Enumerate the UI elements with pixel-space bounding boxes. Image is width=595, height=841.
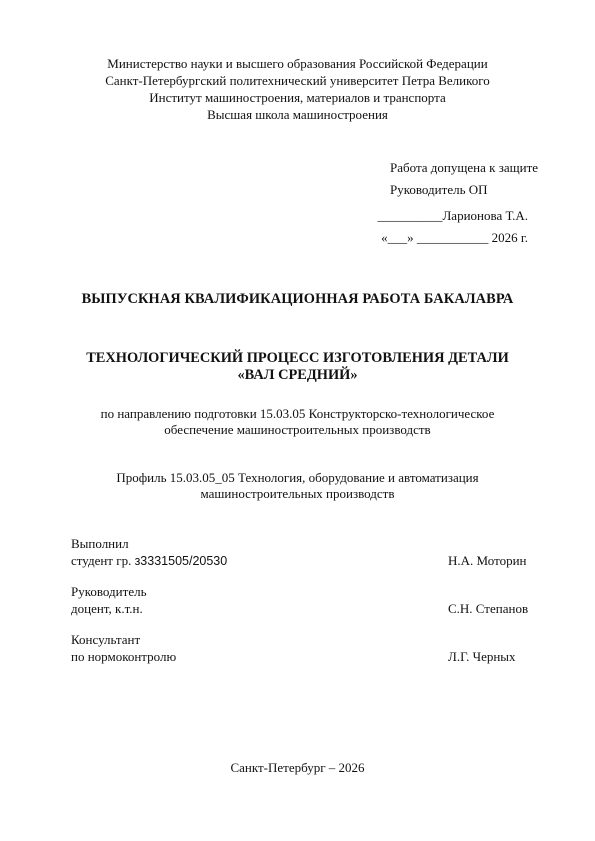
institute-line: Институт машиностроения, материалов и тр… [0, 89, 595, 106]
approval-admitted-label: Работа допущена к защите [390, 157, 570, 179]
work-type-heading: ВЫПУСКНАЯ КВАЛИФИКАЦИОННАЯ РАБОТА БАКАЛА… [0, 291, 595, 308]
signatory-name: С.Н. Степанов [448, 600, 528, 617]
organization-header: Министерство науки и высшего образования… [0, 55, 595, 123]
signatory-supervisor: Руководитель доцент, к.т.н. С.Н. Степано… [71, 583, 561, 617]
signatory-name: Л.Г. Черных [448, 648, 516, 665]
signatory-name: Н.А. Моторин [448, 552, 527, 569]
title-page: Министерство науки и высшего образования… [0, 0, 595, 841]
study-profile: Профиль 15.03.05_05 Технология, оборудов… [0, 470, 595, 501]
university-line: Санкт-Петербургский политехнический унив… [0, 72, 595, 89]
study-direction-line-1: по направлению подготовки 15.03.05 Конст… [0, 406, 595, 422]
thesis-title: ТЕХНОЛОГИЧЕСКИЙ ПРОЦЕСС ИЗГОТОВЛЕНИЯ ДЕТ… [0, 350, 595, 384]
group-number: з3331505/20530 [135, 554, 228, 568]
signatory-role: Консультант [71, 631, 561, 648]
ministry-line: Министерство науки и высшего образования… [0, 55, 595, 72]
study-direction-line-2: обеспечение машиностроительных производс… [0, 422, 595, 438]
thesis-title-line-1: ТЕХНОЛОГИЧЕСКИЙ ПРОЦЕСС ИЗГОТОВЛЕНИЯ ДЕТ… [0, 350, 595, 367]
signatory-detail-prefix: студент гр. [71, 553, 135, 568]
approval-date-line: «___» ___________ 2026 г. [381, 230, 528, 246]
approval-head-label: Руководитель ОП [390, 179, 570, 201]
city-year: Санкт-Петербург – 2026 [0, 760, 595, 776]
thesis-title-line-2: «ВАЛ СРЕДНИЙ» [0, 367, 595, 384]
approval-block: Работа допущена к защите Руководитель ОП… [390, 157, 570, 201]
signatory-author: Выполнил студент гр. з3331505/20530 Н.А.… [71, 535, 561, 569]
signatories: Выполнил студент гр. з3331505/20530 Н.А.… [71, 535, 561, 679]
signatory-role: Руководитель [71, 583, 561, 600]
signatory-normcontrol: Консультант по нормоконтролю Л.Г. Черных [71, 631, 561, 665]
study-profile-line-2: машиностроительных производств [0, 486, 595, 502]
school-line: Высшая школа машиностроения [0, 106, 595, 123]
approval-signature-line: __________Ларионова Т.А. [377, 208, 528, 224]
study-profile-line-1: Профиль 15.03.05_05 Технология, оборудов… [0, 470, 595, 486]
signatory-role: Выполнил [71, 535, 561, 552]
study-direction: по направлению подготовки 15.03.05 Конст… [0, 406, 595, 437]
